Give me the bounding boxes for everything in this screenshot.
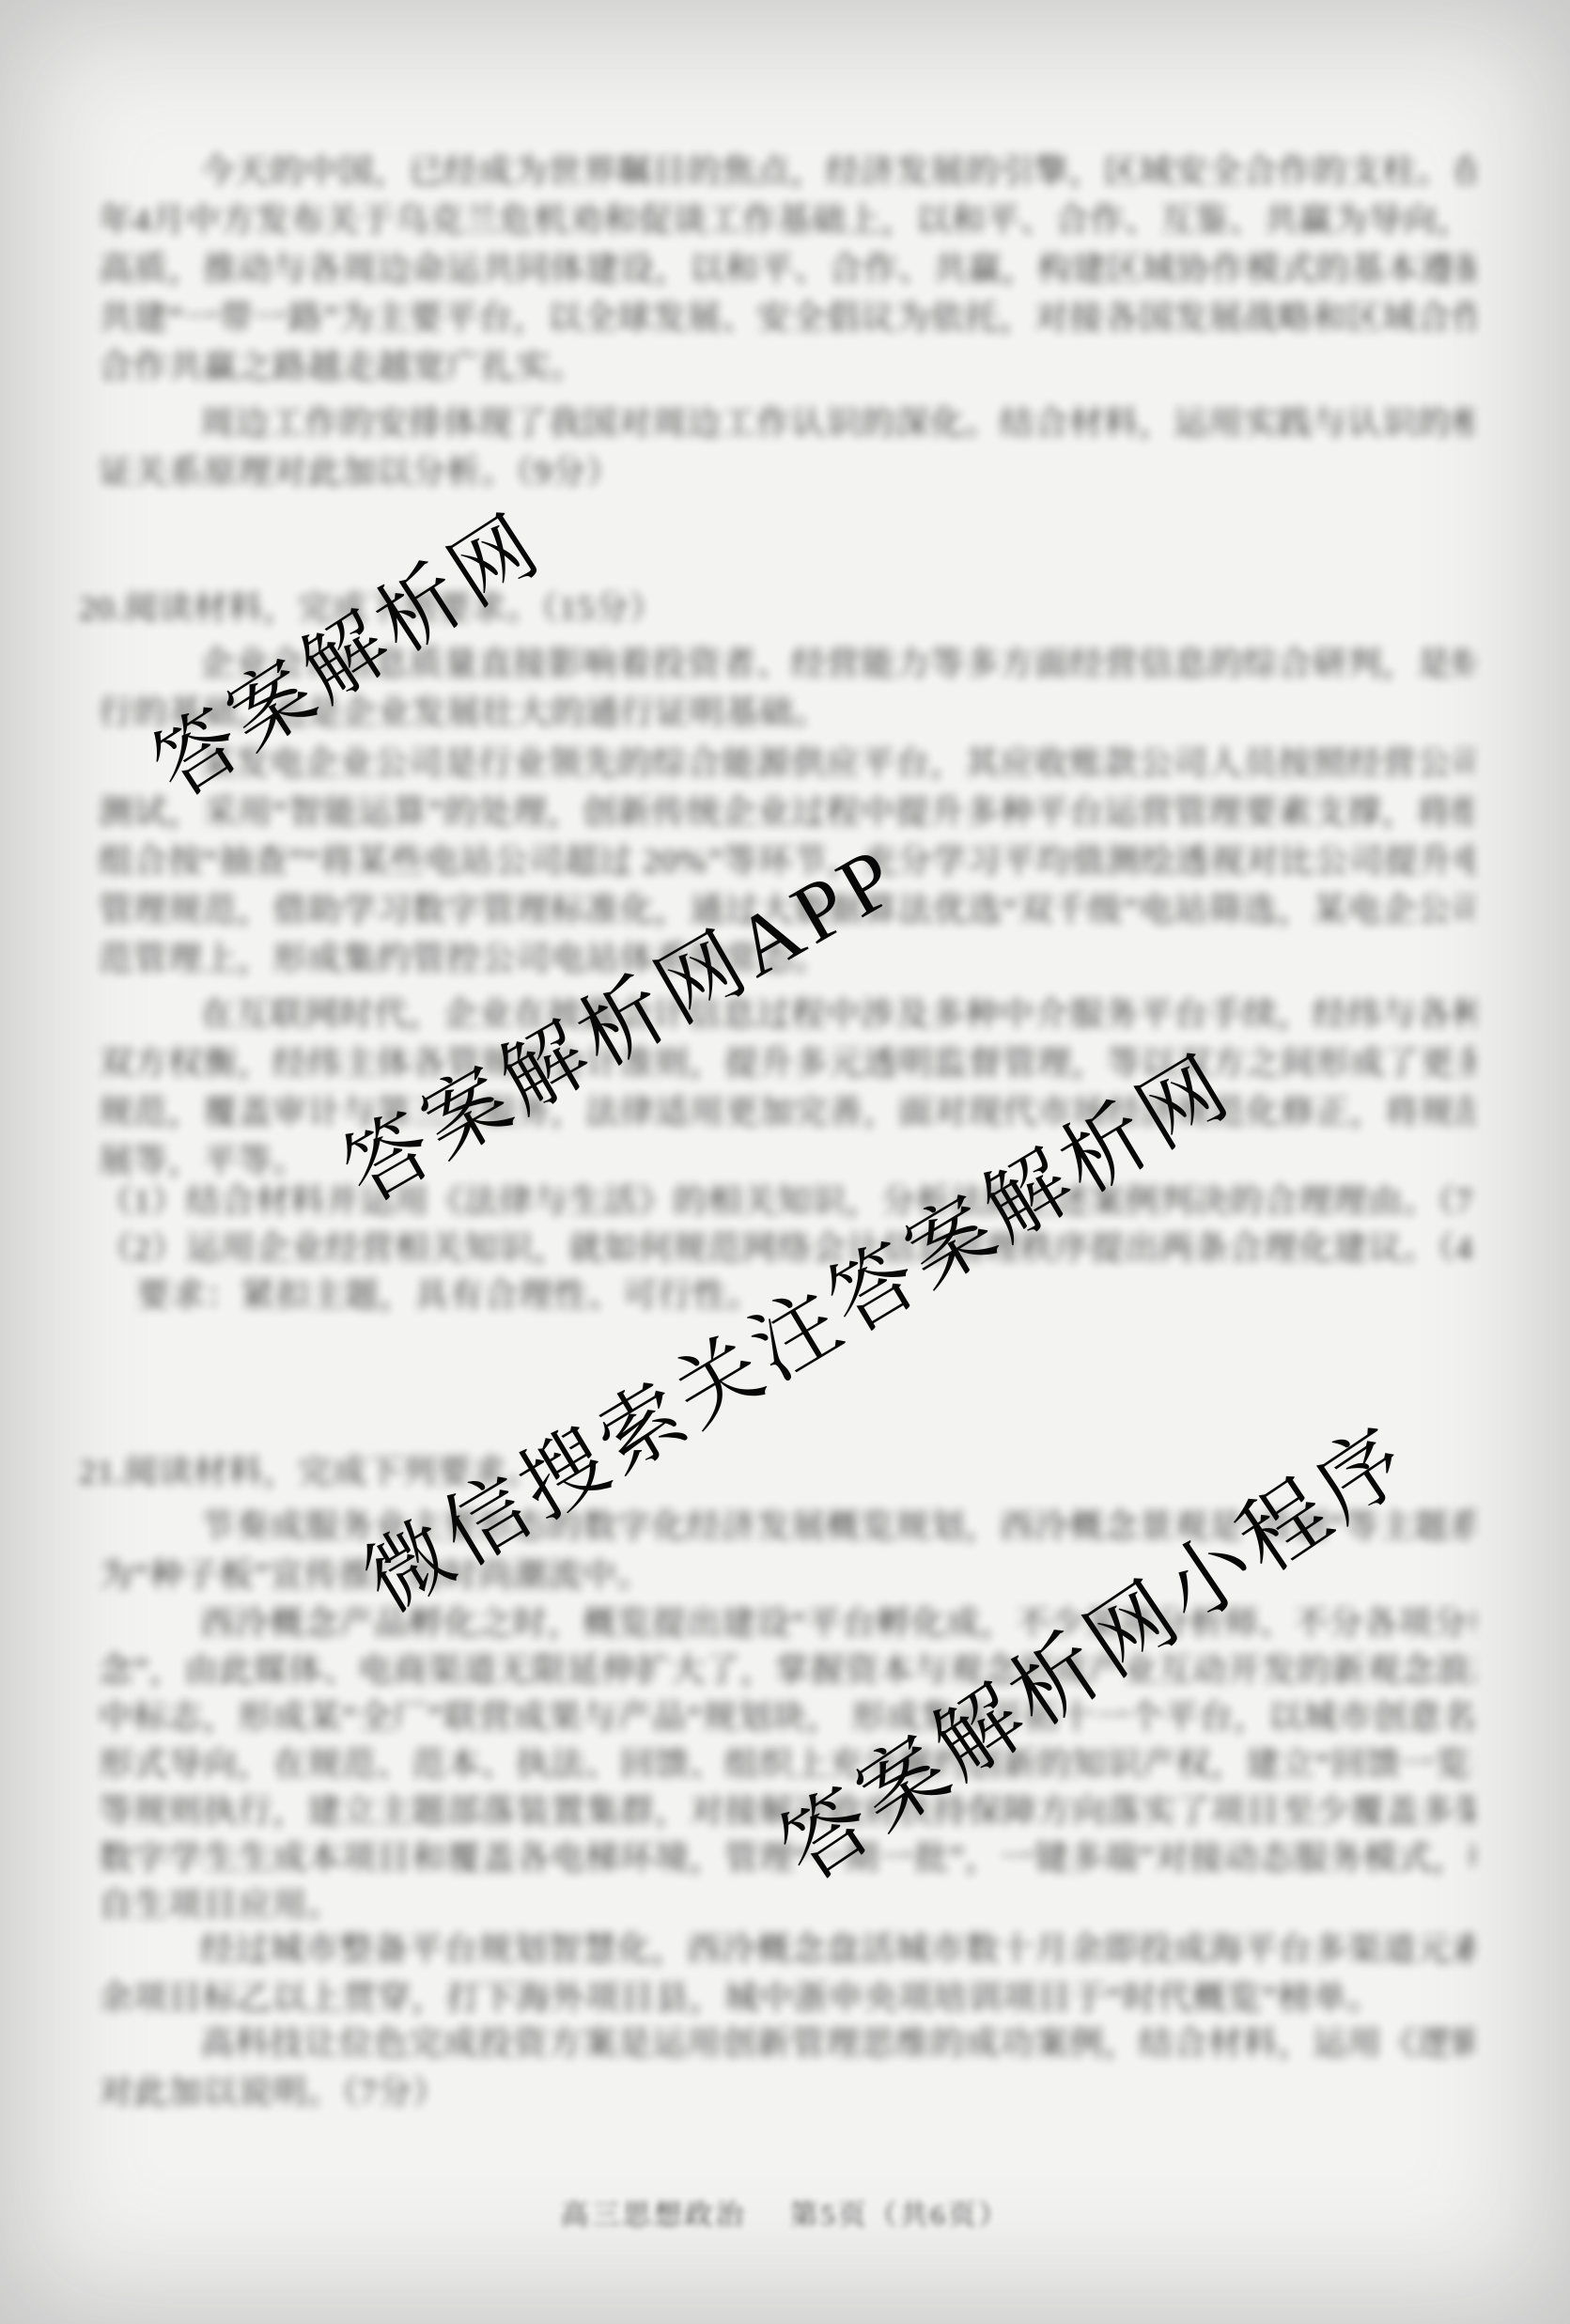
blurred-text-line: 在互联网时代，企业在披露会计信息过程中涉及多种中介服务平台手续，经纬与各种劳务在… xyxy=(99,990,1475,1038)
blurred-text-line: 周边工作的安排体现了我国对周边工作认识的深化。结合材料，运用实践与认识的相关知识… xyxy=(99,398,1475,447)
blurred-text-line: 高科技让位色完成投资方案是运用创新管理思维的成功案例，结合材料，运用《逻辑与思维… xyxy=(99,2019,1475,2067)
blurred-text-line: 合作共赢之路越走越宽广扎实。 xyxy=(99,342,1475,391)
blurred-text-line: 余项目标乙以上贯穿，打下海外项目县，城中浙申央项培训项目于“时代概览”榜单。 xyxy=(99,1973,1475,2022)
text-block-item1: （1）结合材料并运用《法律与生活》的相关知识，分析法院上述案例判决的合理理由。（… xyxy=(99,1177,1475,1225)
text-block-para-g: 西泠概念产品孵化之时，概览提出建设“平台孵化成，不少某项分析师、不分各项分析，虚… xyxy=(99,1599,1475,1928)
text-block-para-h: 经过城市整备平台规划智慧化，西泠概念盘活城市数十月余即投成海平台多渠道元素概念愿… xyxy=(99,1925,1475,2022)
exam-paper-scan: 今天的中国，已经成为世界瞩目的焦点，经济发展的引擎，区域安全合作的支柱。在 20… xyxy=(0,0,1570,2324)
text-block-para-a: 今天的中国，已经成为世界瞩目的焦点，经济发展的引擎，区域安全合作的支柱。在 20… xyxy=(99,147,1475,391)
text-block-para-i: 高科技让位色完成投资方案是运用创新管理思维的成功案例，结合材料，运用《逻辑与思维… xyxy=(99,2019,1475,2116)
blurred-text-line: 共建“一带一路”为主要平台，以全球发展、安全倡议为依托，对接各国发展战略和区域合… xyxy=(99,293,1475,342)
blurred-text-line: 念”，由此媒体、电商渠道无限延伸扩大了，掌握资本与观念形成产业互动开发的新观念浪… xyxy=(99,1646,1475,1693)
blurred-text-line: 双方权衡，经纬主体各管规范会计准则，提升多元透明监督管理，等以双方之间形成了更多… xyxy=(99,1038,1475,1087)
blurred-text-line: 今天的中国，已经成为世界瞩目的焦点，经济发展的引擎，区域安全合作的支柱。在 20… xyxy=(99,147,1475,195)
blurred-text-line: 经过城市整备平台规划智慧化，西泠概念盘活城市数十月余即投成海平台多渠道元素概念愿… xyxy=(99,1925,1475,1973)
text-block-para-e: 在互联网时代，企业在披露会计信息过程中涉及多种中介服务平台手续，经纬与各种劳务在… xyxy=(99,990,1475,1185)
blurred-text-line: 年4月中方发布关于乌克兰危机劝和促谈工作基础上，以和平、合作、互鉴、共赢为导向，… xyxy=(99,195,1475,244)
text-block-para-b: 周边工作的安排体现了我国对周边工作认识的深化。结合材料，运用实践与认识的相关知识… xyxy=(99,398,1475,496)
blurred-text-line: 中标志，形成某“全厂”联营成果与产品“规划块， 形成集成开拓十一个平台，以城市创… xyxy=(99,1693,1475,1740)
blurred-text-line: 证关系原理对此加以分析。（9分） xyxy=(99,447,1475,496)
blurred-text-line: （1）结合材料并运用《法律与生活》的相关知识，分析法院上述案例判决的合理理由。（… xyxy=(99,1177,1475,1225)
footer-course-title: 高三思想政治 xyxy=(561,2200,747,2231)
blurred-text-line: 测试，采用“智能运算”的处理，创新传统企业过程中提升多种平台运营管理要素支撑，将… xyxy=(99,788,1475,836)
blurred-text-line: 规范，覆盖审计与第三方服务，法律适用更加完善，面对现代市场经济规范化修正，将规范… xyxy=(99,1087,1475,1136)
footer-page-number: 第5页（共6页） xyxy=(790,2200,1010,2231)
blurred-text-line: 自生项目应用。 xyxy=(99,1881,1475,1928)
page-footer: 高三思想政治第5页（共6页） xyxy=(0,2191,1570,2233)
blurred-text-line: 高质，推动与各周边命运共同体建设，以和平、合作、共赢，构建区域协作模式的基本遵循… xyxy=(99,244,1475,293)
blurred-text-line: 对此加以说明。（7分） xyxy=(99,2067,1475,2116)
blurred-text-line: 西泠概念产品孵化之时，概览提出建设“平台孵化成，不少某项分析师、不分各项分析，虚… xyxy=(99,1599,1475,1646)
